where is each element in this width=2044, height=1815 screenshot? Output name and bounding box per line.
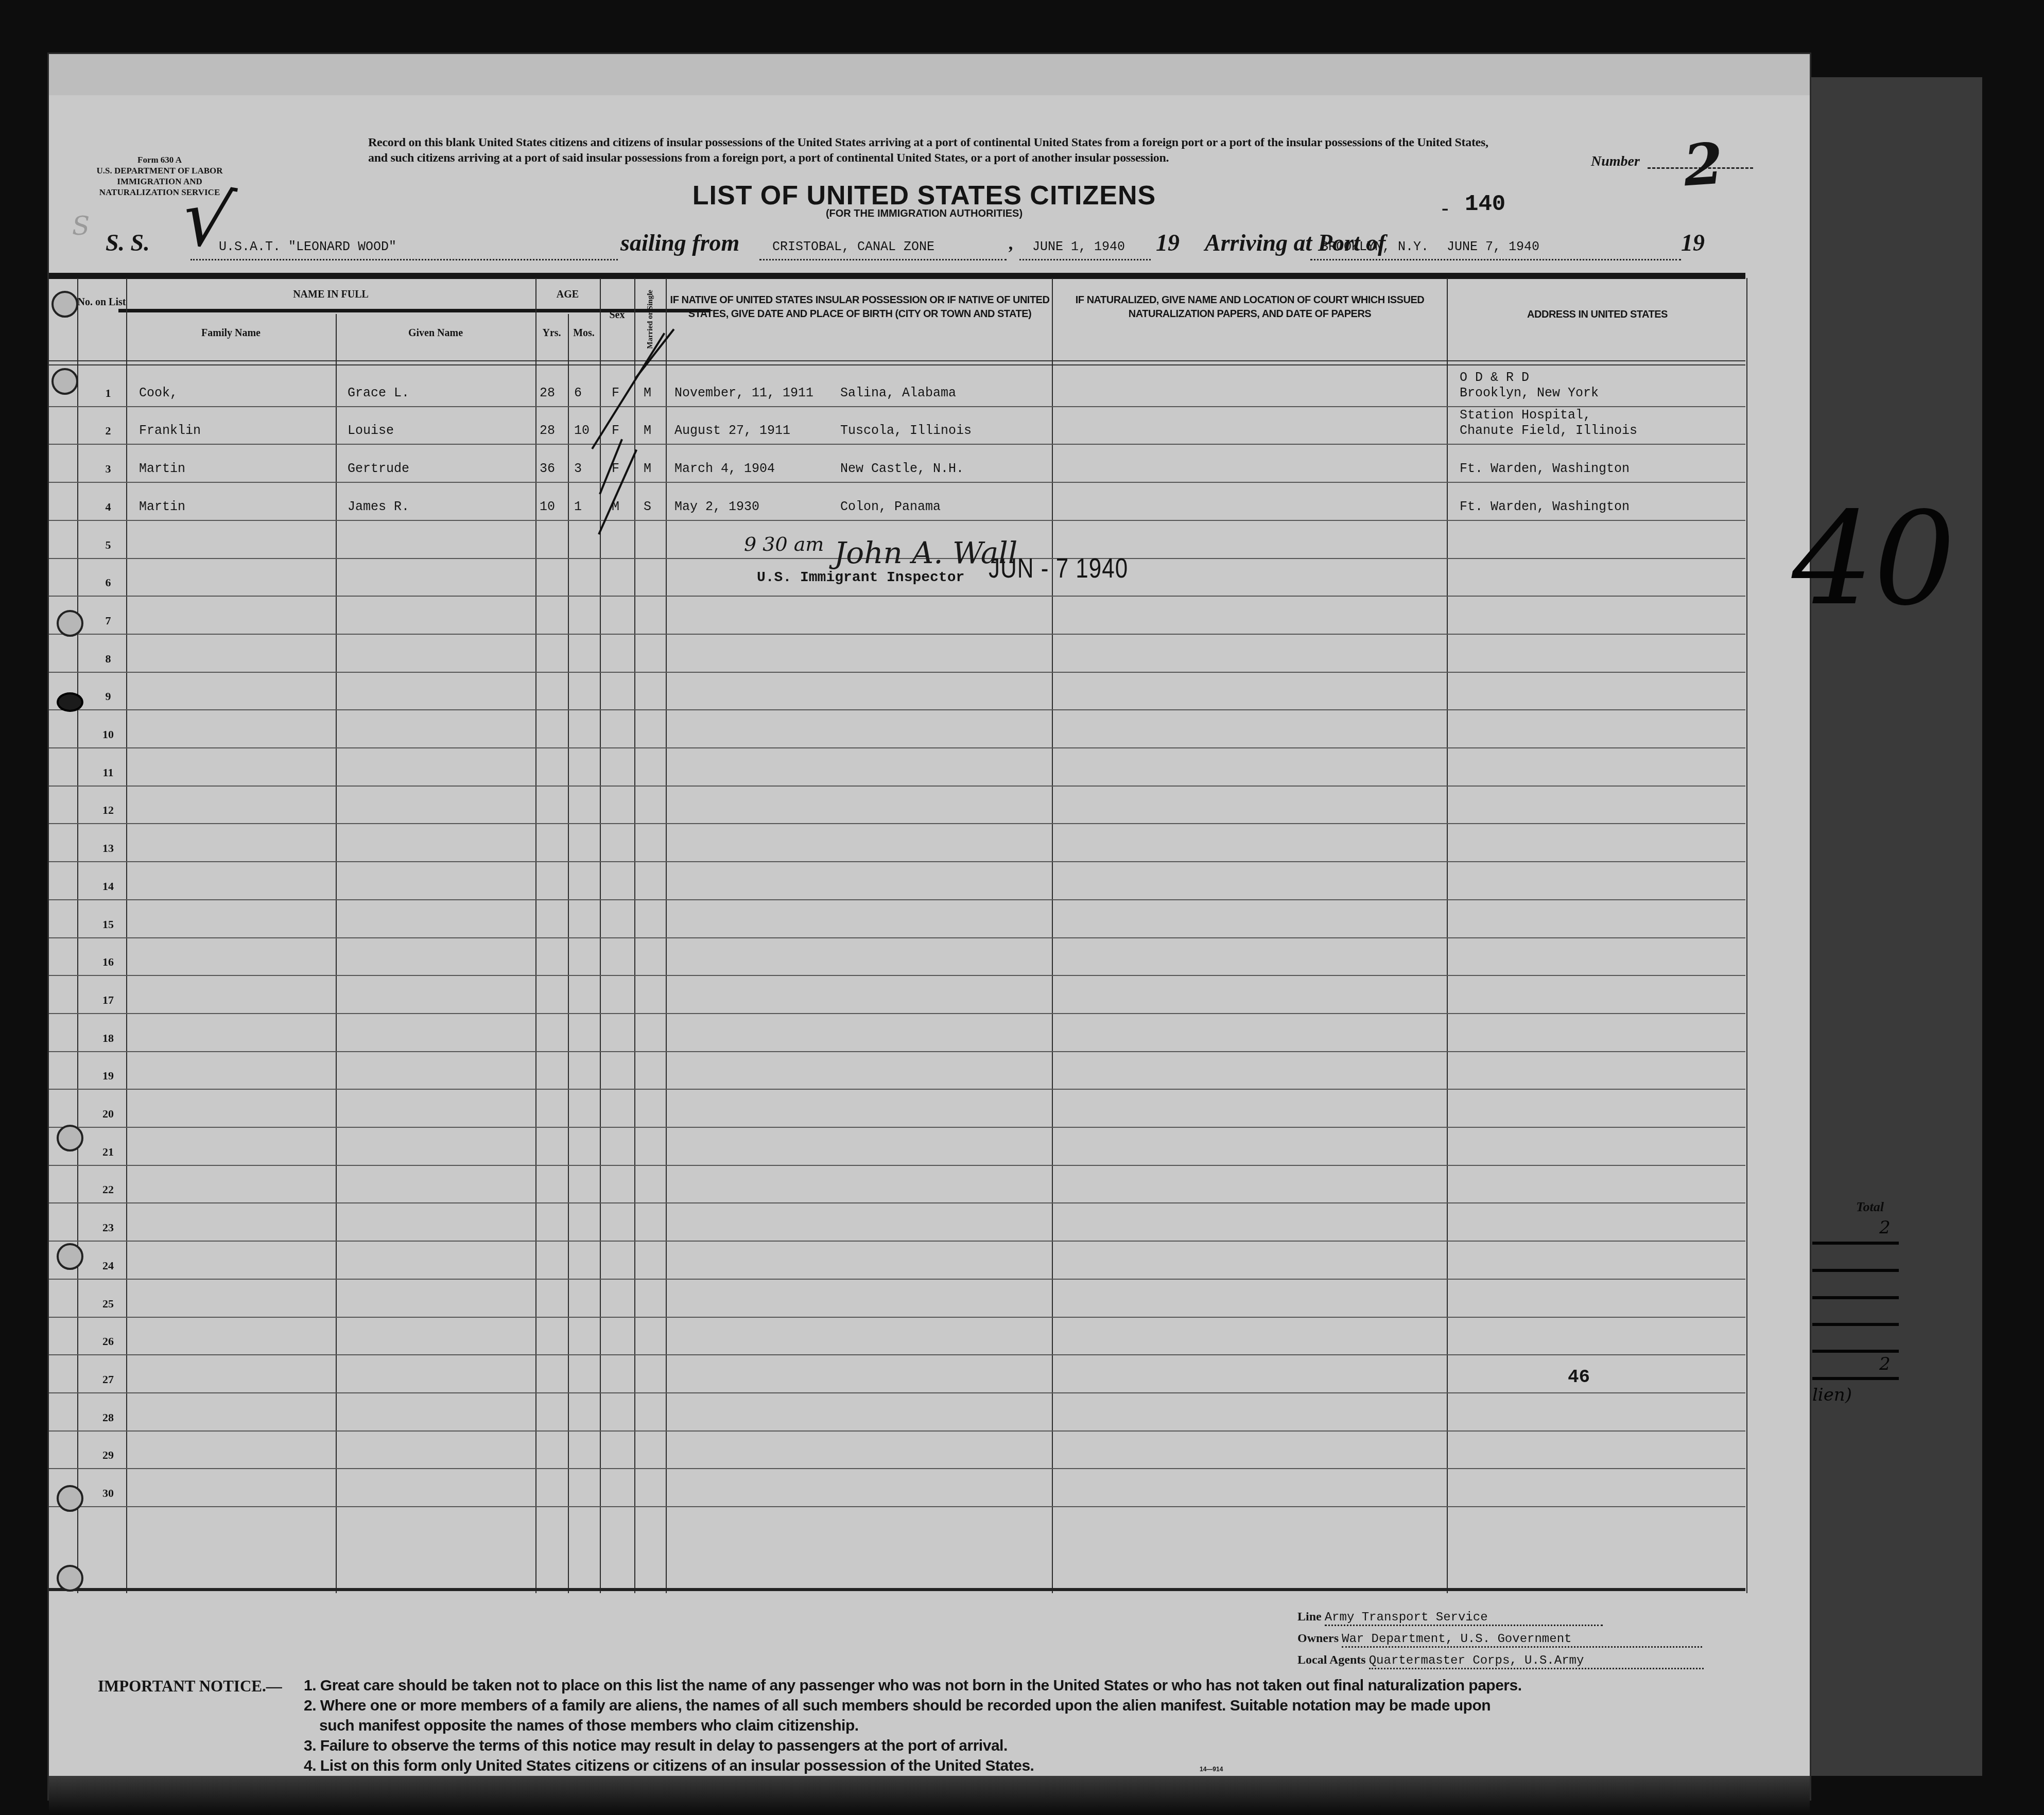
row-divider [49,1241,1745,1242]
header-no-on-list: No. on List [77,296,126,308]
total-value: 2 [1879,1354,1891,1374]
row-number: 27 [90,1373,126,1386]
row-number: 16 [90,955,126,969]
sailing-from-port: CRISTOBAL, CANAL ZONE [772,239,934,254]
number-label: Number [1591,153,1640,170]
age-years: 10 [540,499,555,514]
row-divider [49,1392,1745,1393]
row-divider [49,786,1745,787]
row-divider [49,1317,1745,1318]
row-divider [49,634,1745,635]
row-number: 12 [90,804,126,817]
row-divider [49,1202,1745,1203]
row-divider [49,861,1745,862]
form-code: 14—914 [1200,1766,1223,1773]
row-number: 28 [90,1411,126,1424]
header-married-single: Married or Single [646,290,655,349]
given-name: Louise [348,423,394,438]
row-number: 9 [90,690,126,703]
ship-name: U.S.A.T. "LEONARD WOOD" [219,239,396,254]
col-divider [666,278,667,1593]
binder-hole [57,692,83,712]
given-name: Gertrude [348,461,409,476]
address-line-2: Chanute Field, Illinois [1460,423,1637,438]
col-divider [1746,278,1747,1593]
row-number: 22 [90,1183,126,1196]
header-age: AGE [535,288,600,301]
marital-status: S [644,499,651,514]
col-divider [126,278,127,1593]
birth-place: Salina, Alabama [840,386,956,400]
row-divider [49,1013,1745,1014]
row-divider [49,482,1745,483]
total-value: 2 [1879,1217,1891,1238]
table-bottom-rule [49,1588,1745,1591]
header-sex: Sex [600,309,634,321]
birth-place: New Castle, N.H. [840,461,964,476]
header-given-name: Given Name [336,327,535,339]
sheet-top-band [49,54,1810,95]
header-mos: Mos. [568,327,600,339]
page-title: LIST OF UNITED STATES CITIZENS [654,180,1194,211]
col-divider [600,278,601,1593]
given-name: James R. [348,499,409,514]
row-divider [49,899,1745,900]
address-line-2: Ft. Warden, Washington [1460,461,1630,476]
row-number: 26 [90,1335,126,1348]
given-name: Grace L. [348,386,409,400]
ss-label: S. S. [106,229,150,256]
list-number: 2 [1682,130,1725,199]
row-divider [49,1430,1745,1432]
header-birth: IF NATIVE OF UNITED STATES INSULAR POSSE… [669,293,1050,321]
tally-line [1812,1323,1899,1326]
family-name: Cook, [139,386,178,400]
row-divider [49,1279,1745,1280]
binder-hole [57,1485,83,1512]
row-number: 2 [90,424,126,438]
marital-status: M [644,461,651,476]
age-years: 36 [540,461,555,476]
row-number: 21 [90,1145,126,1159]
alien-note: lien) [1812,1385,1852,1405]
date-stamp: JUN - 7 1940 [989,553,1128,584]
row-divider [49,709,1745,710]
tally-line [1812,1350,1899,1353]
row-divider [49,1506,1745,1507]
inspector-label: U.S. Immigrant Inspector [757,570,964,586]
binder-hole [57,1243,83,1270]
binder-hole [51,368,78,395]
address-line-2: Brooklyn, New York [1460,386,1599,400]
page-number: 46 [1568,1367,1590,1388]
row-divider [49,747,1745,748]
row-divider [49,1165,1745,1166]
binder-hole [57,1125,83,1151]
row-number: 13 [90,842,126,855]
arrival-port: BROOKLYN, N.Y. [1321,239,1429,254]
ship-name-line [190,259,618,260]
tally-line [1812,1296,1899,1299]
tally-line [1812,1377,1899,1380]
row-divider [49,823,1745,824]
sailing-from-label: sailing from [620,229,739,256]
header-yrs: Yrs. [535,327,568,339]
sex: F [612,423,619,438]
row-divider [49,596,1745,597]
binder-hole [57,610,83,637]
row-number: 23 [90,1221,126,1234]
total-label: Total [1856,1199,1884,1215]
row-divider [49,1089,1745,1090]
owners-value: War Department, U.S. Government [1342,1632,1571,1646]
row-number: 7 [90,614,126,627]
row-number: 17 [90,993,126,1007]
age-months: 3 [574,461,582,476]
row-number: 8 [90,652,126,666]
col-divider [1052,278,1053,1593]
col-divider [568,314,569,1593]
age-years: 28 [540,423,555,438]
header-family-name: Family Name [126,327,336,339]
sex: F [612,386,619,400]
row-divider [49,444,1745,445]
birth-place: Tuscola, Illinois [840,423,972,438]
header-rule [49,273,1745,279]
agents-value: Quartermaster Corps, U.S.Army [1369,1654,1584,1668]
row-divider [49,975,1745,976]
row-number: 3 [90,462,126,476]
tally-line [1812,1242,1899,1245]
notice-title: IMPORTANT NOTICE.— [98,1677,282,1696]
header-address: ADDRESS IN UNITED STATES [1449,308,1745,322]
birth-date: March 4, 1904 [674,461,775,476]
family-name: Franklin [139,423,201,438]
row-number: 30 [90,1487,126,1500]
col-divider [634,278,635,1593]
row-number: 4 [90,500,126,514]
faint-pencil-mark: S [72,211,90,241]
header-bottom-rule [49,360,1745,365]
line-field: Line Army Transport Service [1297,1610,1603,1626]
birth-date: November, 11, 1911 [674,386,813,400]
notice-item-2: 2. Where one or more members of a family… [304,1697,1491,1715]
address-line-2: Ft. Warden, Washington [1460,499,1630,514]
sailing-from-line [759,259,1007,260]
row-divider [49,1354,1745,1355]
row-number: 10 [90,728,126,741]
address-line-1: O D & R D [1460,370,1529,385]
row-divider [49,937,1745,938]
year-prefix-2: 19 [1681,229,1705,256]
line-value: Army Transport Service [1325,1611,1488,1625]
arrival-line [1310,259,1681,260]
row-number: 20 [90,1107,126,1121]
form-number: Form 630 A [77,154,242,165]
col-divider [535,278,536,1593]
header-name-in-full: NAME IN FULL [126,288,535,301]
row-divider [49,520,1745,521]
notice-item-3: 3. Failure to observe the terms of this … [304,1737,1008,1755]
stamp-number: 140 [1465,191,1505,217]
address-line-1: Station Hospital, [1460,408,1591,423]
row-divider [49,1468,1745,1469]
row-divider [49,1127,1745,1128]
col-divider [77,278,78,1593]
arrival-date: JUNE 7, 1940 [1447,239,1539,254]
row-number: 29 [90,1448,126,1462]
marital-status: M [644,423,651,438]
row-number: 15 [90,918,126,931]
family-name: Martin [139,499,185,514]
inspection-time: 9 30 am [744,533,824,555]
row-divider [49,1051,1745,1052]
row-divider [49,406,1745,407]
agents-label: Local Agents [1297,1653,1366,1667]
header-naturalized: IF NATURALIZED, GIVE NAME AND LOCATION O… [1058,293,1442,321]
line-label: Line [1297,1610,1322,1624]
bottom-shadow [49,1776,1810,1815]
owners-label: Owners [1297,1632,1339,1645]
col-divider [1447,278,1448,1593]
margin-number: 40 [1792,484,1955,634]
row-number: 11 [90,766,126,779]
owners-field: Owners War Department, U.S. Government [1297,1632,1702,1648]
binder-hole [51,291,78,318]
notice-item-1: 1. Great care should be taken not to pla… [304,1677,1522,1695]
year-prefix-1: 19 [1156,229,1180,256]
row-number: 1 [90,387,126,400]
voyage-line: S. S. U.S.A.T. "LEONARD WOOD" sailing fr… [106,229,1722,265]
col-divider [336,314,337,1593]
department: U.S. DEPARTMENT OF LABOR [77,165,242,176]
age-months: 6 [574,386,582,400]
row-number: 14 [90,880,126,893]
age-months: 1 [574,499,582,514]
family-name: Martin [139,461,185,476]
instructions-text: Record on this blank United States citiz… [368,135,1506,166]
stamp-dot: - [1442,196,1448,220]
row-divider [49,672,1745,673]
marital-status: M [644,386,651,400]
age-years: 28 [540,386,555,400]
notice-item-4: 4. List on this form only United States … [304,1757,1034,1775]
row-number: 5 [90,538,126,552]
page-subtitle: (FOR THE IMMIGRATION AUTHORITIES) [654,208,1194,220]
departure-date-line [1019,259,1151,260]
departure-date: JUNE 1, 1940 [1032,239,1125,254]
binder-hole [57,1565,83,1592]
row-number: 19 [90,1069,126,1083]
notice-item-2-cont: such manifest opposite the names of thos… [319,1717,859,1735]
tally-line [1812,1269,1899,1272]
comma: , [1009,232,1014,254]
row-number: 24 [90,1259,126,1272]
age-months: 10 [574,423,590,438]
row-number: 18 [90,1032,126,1045]
row-number: 25 [90,1297,126,1311]
birth-date: May 2, 1930 [674,499,759,514]
row-number: 6 [90,576,126,589]
birth-place: Colon, Panama [840,499,941,514]
birth-date: August 27, 1911 [674,423,790,438]
agents-field: Local Agents Quartermaster Corps, U.S.Ar… [1297,1653,1704,1669]
